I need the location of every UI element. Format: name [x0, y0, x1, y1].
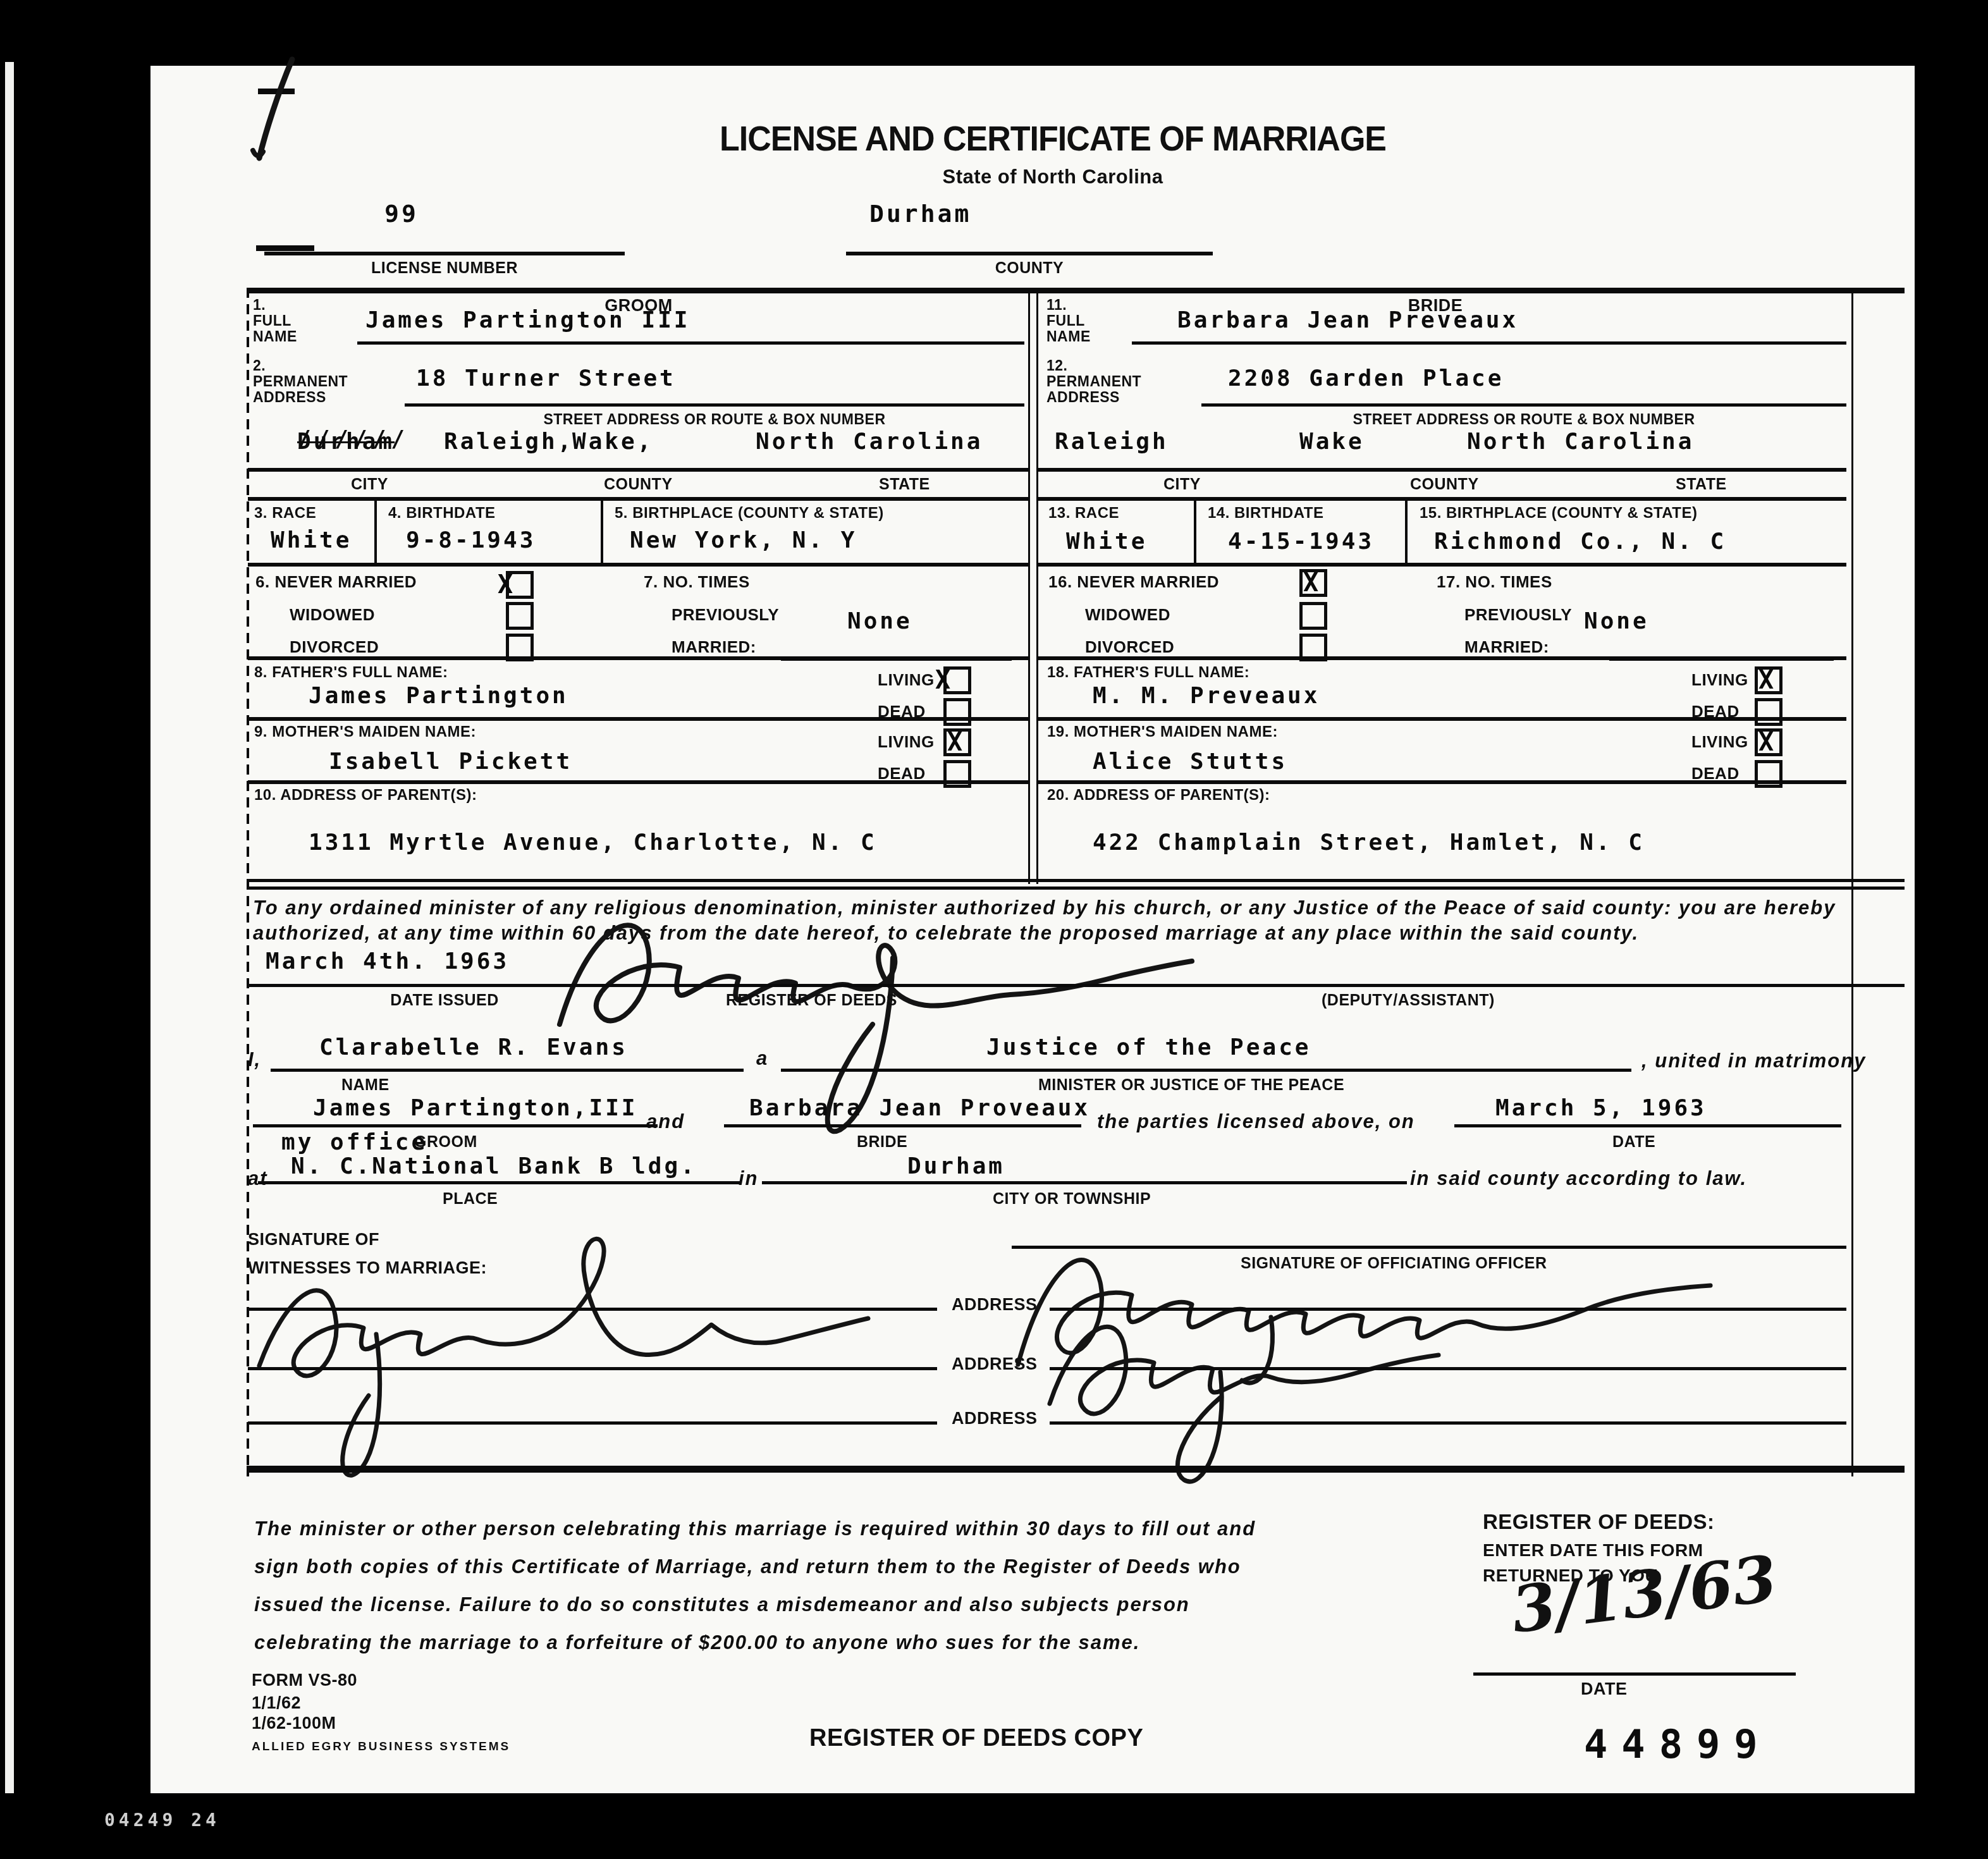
groom-mother-living-label: LIVING [878, 732, 935, 752]
groom-married-label: MARRIED: [672, 637, 756, 657]
and-label: and [646, 1110, 685, 1133]
groom-father-label: 8. FATHER'S FULL NAME: [254, 664, 448, 682]
deputy-assistant-label: (DEPUTY/ASSISTANT) [1322, 991, 1495, 1010]
scan-edge-sliver [5, 62, 14, 1793]
in-label: in [739, 1167, 759, 1190]
bride-county-value: Wake [1299, 429, 1365, 455]
place-label: PLACE [443, 1190, 498, 1208]
rod-return-title: REGISTER OF DEEDS: [1483, 1510, 1715, 1534]
cell-divider [1405, 497, 1408, 563]
groom-state-value: North Carolina [756, 429, 983, 455]
groom-address-value: 18 Turner Street [416, 365, 676, 391]
check-x-glyph: X [498, 570, 513, 599]
bride-mother-living-label: LIVING [1691, 732, 1748, 752]
county-label: COUNTY [846, 259, 1213, 278]
bride-race-row-top-line [1037, 497, 1846, 501]
groom-city-struck-value: Durham ////// [297, 429, 395, 455]
bride-state-value: North Carolina [1467, 429, 1694, 455]
place-line [258, 1181, 740, 1184]
officiating-signature-line [1012, 1246, 1846, 1249]
register-of-deeds-label: REGISTER OF DEEDS [726, 991, 897, 1010]
officiant-title-line [781, 1069, 1631, 1072]
bride-state-label: STATE [1676, 475, 1727, 494]
form-left-border [247, 288, 249, 1476]
bride-name-line [724, 1124, 1081, 1127]
date-blank-label: DATE [1612, 1133, 1655, 1151]
groom-full-name-value: James Partington III [365, 307, 690, 333]
groom-mother-row-line [248, 780, 1029, 784]
bride-father-value: M. M. Preveaux [1093, 683, 1320, 709]
groom-divorced-label: DIVORCED [290, 637, 379, 657]
address-line-1 [1050, 1308, 1846, 1311]
groom-full-name-line [357, 341, 1024, 345]
groom-street-sublabel: STREET ADDRESS OR ROUTE & BOX NUMBER [405, 411, 1024, 428]
checkbox-groom-father-living: X [943, 666, 971, 694]
witness-line-2 [248, 1367, 937, 1370]
cell-divider [1194, 497, 1196, 563]
groom-name-line [253, 1124, 658, 1127]
bride-birthplace-label: 15. BIRTHPLACE (COUNTY & STATE) [1420, 505, 1698, 522]
certificate-stamp-number: 44899 [1584, 1721, 1772, 1767]
bride-city-value: Raleigh [1055, 429, 1169, 455]
groom-county-value: Wake, [572, 429, 653, 455]
at-label: at [248, 1167, 268, 1190]
checkbox-groom-father-dead [943, 698, 971, 726]
marriage-date-line [1454, 1124, 1841, 1127]
scan-artifact-dash [256, 245, 314, 251]
date-issued-line [248, 984, 1905, 987]
witness-line-1 [248, 1308, 937, 1311]
page-title: LICENSE AND CERTIFICATE OF MARRIAGE [686, 119, 1420, 159]
footer-top-border [247, 1466, 1905, 1473]
form-number: FORM VS-80 [252, 1671, 357, 1690]
i-label: I, [248, 1048, 261, 1071]
page-subtitle: State of North Carolina [898, 166, 1208, 188]
checkbox-bride-never-married: X [1299, 569, 1327, 597]
officiant-title-value: Justice of the Peace [986, 1034, 1311, 1060]
groom-race-row-bottom-line [248, 563, 1029, 567]
bride-race-row-bottom-line [1037, 563, 1846, 567]
solemnization-bride-name: Barbara Jean Proveaux [749, 1095, 1090, 1121]
address-label-2: ADDRESS [952, 1354, 1038, 1374]
county-value: Durham [869, 200, 971, 228]
bride-father-label: 18. FATHER'S FULL NAME: [1047, 664, 1249, 682]
groom-birthplace-value: New York, N. Y [630, 527, 857, 553]
bride-mother-row-line [1037, 780, 1846, 784]
groom-marital-bottom-line [248, 656, 1029, 660]
bride-previously-label: PREVIOUSLY [1464, 605, 1572, 625]
address-line-3 [1050, 1421, 1846, 1425]
copy-type-label: REGISTER OF DEEDS COPY [809, 1725, 1143, 1752]
checkbox-bride-father-living: X [1755, 666, 1782, 694]
bride-times-previously-value: None [1584, 608, 1649, 634]
groom-full-name-label: 1. FULL NAME [253, 297, 297, 345]
form-date: 1/1/62 [252, 1693, 301, 1713]
bride-widowed-label: WIDOWED [1085, 605, 1170, 625]
groom-city-line [248, 468, 1029, 472]
parties-licensed-label: the parties licensed above, on [1097, 1110, 1415, 1133]
bride-city-line [1037, 468, 1846, 472]
form-right-border [1851, 288, 1853, 1476]
groom-race-row-top-line [248, 497, 1029, 501]
witness-line-3 [248, 1421, 937, 1425]
rod-return-date-label: DATE [1581, 1679, 1628, 1699]
handwritten-checkmark-icon [245, 56, 304, 163]
officiating-officer-label: SIGNATURE OF OFFICIATING OFFICER [1241, 1255, 1547, 1273]
groom-father-living-label: LIVING [878, 670, 935, 690]
groom-address-line [405, 403, 1024, 407]
bride-birthplace-value: Richmond Co., N. C [1434, 529, 1726, 555]
bride-birthdate-value: 4-15-1943 [1228, 529, 1374, 555]
bride-street-sublabel: STREET ADDRESS OR ROUTE & BOX NUMBER [1201, 411, 1846, 428]
bride-city-label: CITY [1163, 475, 1201, 494]
office-note-value: my office [281, 1129, 427, 1155]
checkbox-bride-widowed [1299, 602, 1327, 630]
authorization-top-line-1 [247, 879, 1905, 882]
officiant-name-line [271, 1069, 744, 1072]
bride-times-label: 17. NO. TIMES [1437, 572, 1552, 592]
groom-address-label: 2. PERMANENT ADDRESS [253, 358, 348, 405]
groom-widowed-label: WIDOWED [290, 605, 375, 625]
address-line-2 [1050, 1367, 1846, 1370]
groom-city-label: CITY [351, 475, 388, 494]
bride-blank-label: BRIDE [857, 1133, 907, 1151]
groom-previously-label: PREVIOUSLY [672, 605, 779, 625]
check-x-glyph: X [947, 728, 962, 757]
date-issued-label: DATE ISSUED [264, 991, 625, 1010]
bride-race-value: White [1066, 529, 1147, 555]
address-label-1: ADDRESS [952, 1295, 1038, 1315]
minister-notice-text: The minister or other person celebrating… [254, 1510, 1256, 1662]
form-run: 1/62-100M [252, 1714, 336, 1733]
groom-mother-value: Isabell Pickett [329, 749, 572, 775]
bride-address-value: 2208 Garden Place [1228, 365, 1504, 391]
officiating-officer-address-signature [1031, 1265, 1568, 1530]
groom-race-label: 3. RACE [254, 505, 316, 522]
groom-never-married-label: 6. NEVER MARRIED [255, 572, 417, 592]
bride-father-living-label: LIVING [1691, 670, 1748, 690]
license-number-label: LICENSE NUMBER [264, 259, 625, 278]
bride-parents-address-label: 20. ADDRESS OF PARENT(S): [1047, 787, 1270, 804]
minister-or-jp-label: MINISTER OR JUSTICE OF THE PEACE [1038, 1076, 1344, 1095]
name-label: NAME [341, 1076, 390, 1095]
check-x-glyph: X [935, 666, 950, 695]
bride-birthdate-label: 14. BIRTHDATE [1208, 505, 1323, 522]
groom-parents-address-value: 1311 Myrtle Avenue, Charlotte, N. C [309, 830, 877, 856]
bride-mother-value: Alice Stutts [1093, 749, 1287, 775]
bride-full-name-value: Barbara Jean Preveaux [1177, 307, 1518, 333]
groom-race-value: White [271, 527, 352, 553]
cell-divider [374, 497, 377, 563]
form-top-border [247, 288, 1905, 293]
center-divider [1028, 293, 1038, 884]
scan-bottom-strip [0, 1793, 1988, 1859]
officiant-name-value: Clarabelle R. Evans [319, 1034, 628, 1060]
date-issued-value: March 4th. 1963 [266, 948, 509, 974]
bride-marital-bottom-line [1037, 656, 1846, 660]
groom-mother-label: 9. MOTHER'S MAIDEN NAME: [254, 723, 476, 741]
place-value: N. C.National Bank B ldg. [291, 1153, 697, 1179]
groom-state-label: STATE [879, 475, 930, 494]
check-x-glyph: X [1758, 666, 1774, 695]
city-township-value: Durham [907, 1153, 1005, 1179]
check-x-glyph: X [1303, 568, 1318, 598]
bride-address-line [1201, 403, 1846, 407]
address-label-3: ADDRESS [952, 1409, 1038, 1428]
license-number-line [264, 252, 625, 255]
checkbox-groom-widowed [506, 602, 534, 630]
county-line [846, 252, 1213, 255]
a-label: a [756, 1047, 768, 1070]
witness-signature [250, 1224, 882, 1489]
united-label: , united in matrimony [1641, 1050, 1866, 1072]
checkbox-bride-father-dead [1755, 698, 1782, 726]
groom-birthdate-label: 4. BIRTHDATE [388, 505, 496, 522]
rod-return-date-line [1473, 1672, 1796, 1676]
groom-times-previously-value: None [847, 608, 912, 634]
groom-times-label: 7. NO. TIMES [644, 572, 750, 592]
bride-full-name-label: 11. FULL NAME [1046, 297, 1091, 345]
bride-married-label: MARRIED: [1464, 637, 1549, 657]
bride-county-label: COUNTY [1410, 475, 1479, 494]
groom-father-row-line [248, 717, 1029, 721]
groom-birthplace-label: 5. BIRTHPLACE (COUNTY & STATE) [615, 505, 884, 522]
groom-parents-address-label: 10. ADDRESS OF PARENT(S): [254, 787, 477, 804]
bride-never-married-label: 16. NEVER MARRIED [1048, 572, 1219, 592]
groom-father-value: James Partington [309, 683, 568, 709]
groom-city-value: Raleigh, [444, 429, 574, 455]
groom-birthdate-value: 9-8-1943 [406, 527, 536, 553]
printer-credit: ALLIED EGRY BUSINESS SYSTEMS [252, 1740, 510, 1754]
bride-address-label: 12. PERMANENT ADDRESS [1046, 358, 1141, 405]
groom-county-label: COUNTY [604, 475, 673, 494]
scanned-marriage-certificate: LICENSE AND CERTIFICATE OF MARRIAGE Stat… [0, 0, 1988, 1859]
license-number-value: 99 [384, 200, 419, 228]
bride-father-row-line [1037, 717, 1846, 721]
bride-full-name-line [1132, 341, 1846, 345]
checkbox-groom-never-married: X [506, 571, 534, 599]
bride-parents-address-value: 422 Champlain Street, Hamlet, N. C [1093, 830, 1645, 856]
check-x-glyph: X [1758, 728, 1774, 757]
bride-race-label: 13. RACE [1048, 505, 1119, 522]
solemnization-groom-name: James Partington,III [313, 1095, 637, 1121]
checkbox-bride-mother-living: X [1755, 728, 1782, 756]
checkbox-groom-mother-living: X [943, 728, 971, 756]
cell-divider [601, 497, 603, 563]
bride-mother-label: 19. MOTHER'S MAIDEN NAME: [1047, 723, 1278, 741]
scan-strip-id: 04249 24 [104, 1810, 220, 1831]
strike-overlay: ////// [297, 426, 410, 452]
marriage-date-value: March 5, 1963 [1495, 1095, 1707, 1121]
bride-divorced-label: DIVORCED [1085, 637, 1174, 657]
